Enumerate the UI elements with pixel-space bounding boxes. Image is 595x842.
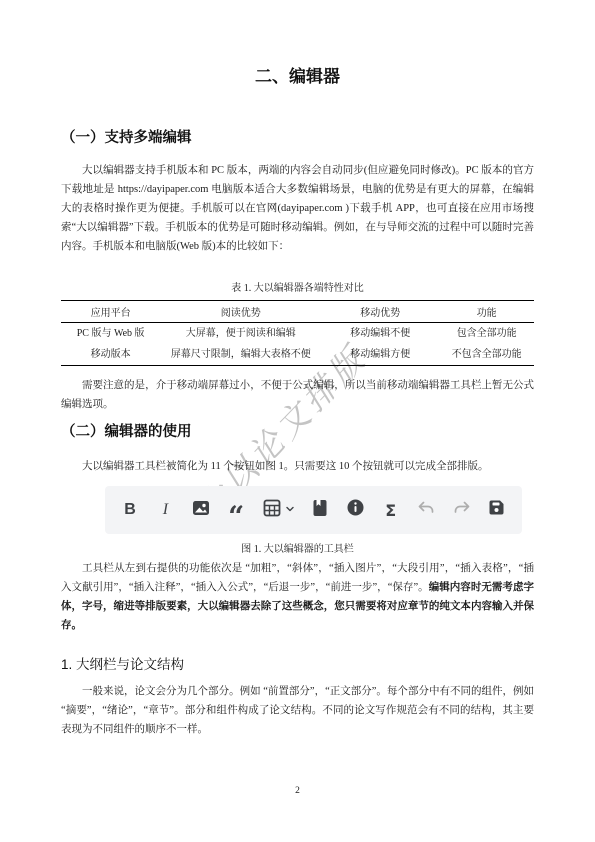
chapter-title: 二、编辑器 [61,0,534,88]
italic-button[interactable]: I [155,498,175,522]
section-heading-1: （一）支持多端编辑 [61,128,534,148]
document-page: 大以论文排版 二、编辑器 （一）支持多端编辑 大以编辑器支持手机版本和 PC 版… [0,0,595,842]
paragraph-formula-note: 需要注意的是，介于移动端屏幕过小，不便于公式编辑，所以当前移动端编辑器工具栏上暂… [61,376,534,414]
page-content: 二、编辑器 （一）支持多端编辑 大以编辑器支持手机版本和 PC 版本，两端的内容… [0,0,595,739]
editor-toolbar-figure: B I “ [105,486,522,534]
info-icon [346,498,365,522]
table-cell: 屏幕尺寸限制，编辑大表格不便 [160,344,321,366]
blockquote-button[interactable]: “ [226,498,246,522]
table-cell: PC 版与 Web 版 [61,323,160,345]
undo-button[interactable] [416,498,436,522]
section-heading-2: （二）编辑器的使用 [61,422,534,442]
redo-icon [452,500,472,521]
paragraph-toolbar-functions: 工具栏从左到右提供的功能依次是 “加粗”，“斜体”，“插入图片”，“大段引用”，… [61,559,534,635]
bold-button[interactable]: B [120,498,140,522]
insert-image-button[interactable] [191,498,211,522]
table-caption: 表 1. 大以编辑器各端特性对比 [61,282,534,296]
insert-formula-button[interactable]: Σ [381,498,401,522]
table-cell: 包含全部功能 [439,323,534,345]
table-header-reading: 阅读优势 [160,301,321,323]
paragraph-multi-device: 大以编辑器支持手机版本和 PC 版本，两端的内容会自动同步(但应避免同时修改)。… [61,161,534,256]
table-cell: 移动编辑不便 [321,323,439,345]
table-row: 移动版本 屏幕尺寸限制，编辑大表格不便 移动编辑方便 不包含全部功能 [61,344,534,366]
italic-icon: I [163,501,168,519]
redo-button[interactable] [452,498,472,522]
bold-icon: B [124,501,136,519]
book-bookmark-icon [311,498,329,523]
page-number: 2 [0,786,595,796]
table-header-row: 应用平台 阅读优势 移动优势 功能 [61,301,534,323]
table-icon [262,498,282,523]
table-header-mobility: 移动优势 [321,301,439,323]
table-header-platform: 应用平台 [61,301,160,323]
subsection-heading-outline: 1. 大纲栏与论文结构 [61,655,534,674]
insert-citation-button[interactable] [310,498,330,522]
blockquote-icon: “ [228,512,244,522]
sigma-icon: Σ [385,501,396,520]
insert-table-button[interactable] [262,498,295,522]
save-floppy-icon [487,498,506,522]
figure-caption: 图 1. 大以编辑器的工具栏 [61,543,534,557]
table-header-features: 功能 [439,301,534,323]
paragraph-paper-structure: 一般来说，论文会分为几个部分。例如 “前置部分”，“正文部分”。每个部分中有不同… [61,682,534,739]
chevron-down-icon [285,501,295,519]
table-cell: 不包含全部功能 [439,344,534,366]
image-icon [191,498,211,523]
undo-icon [416,500,436,521]
info-footnote-button[interactable] [345,498,365,522]
table-cell: 移动编辑方便 [321,344,439,366]
comparison-table: 应用平台 阅读优势 移动优势 功能 PC 版与 Web 版 大屏幕，便于阅读和编… [61,300,534,366]
save-button[interactable] [487,498,507,522]
paragraph-toolbar-intro: 大以编辑器工具栏被简化为 11 个按钮如图 1。只需要这 10 个按钮就可以完成… [61,457,534,476]
table-cell: 移动版本 [61,344,160,366]
table-row: PC 版与 Web 版 大屏幕，便于阅读和编辑 移动编辑不便 包含全部功能 [61,323,534,345]
table-cell: 大屏幕，便于阅读和编辑 [160,323,321,345]
